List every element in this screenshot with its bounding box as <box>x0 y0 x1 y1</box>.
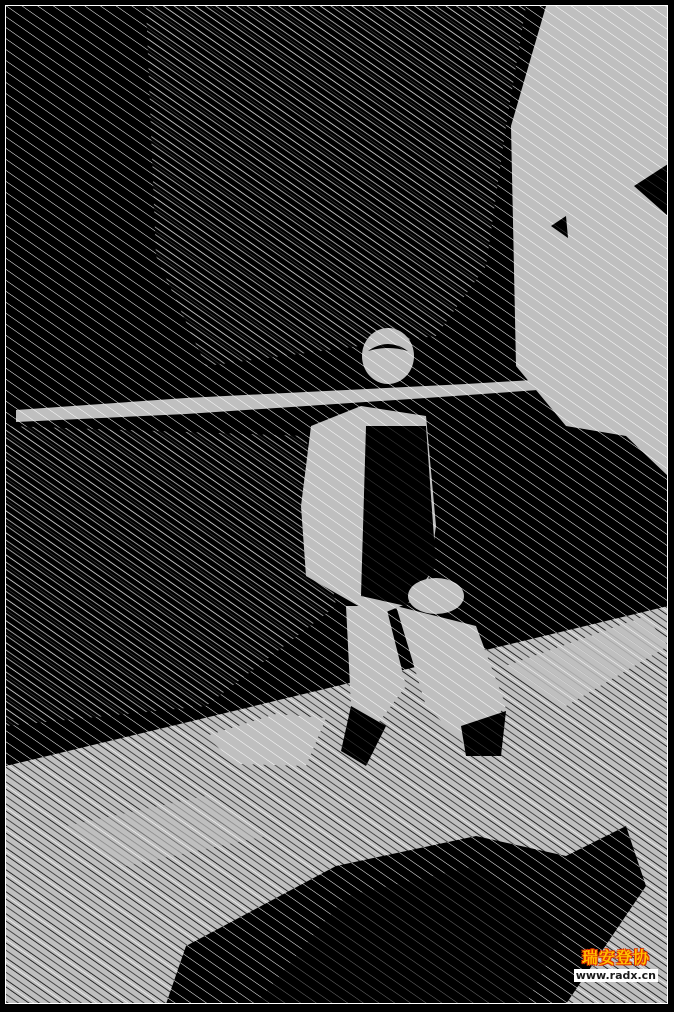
photo: 瑞安登协 www.radx.cn <box>6 6 668 1004</box>
watermark-url: www.radx.cn <box>574 969 658 982</box>
watermark: 瑞安登协 www.radx.cn <box>574 949 658 982</box>
watermark-title: 瑞安登协 <box>574 949 658 967</box>
photo-scene <box>6 6 668 1004</box>
